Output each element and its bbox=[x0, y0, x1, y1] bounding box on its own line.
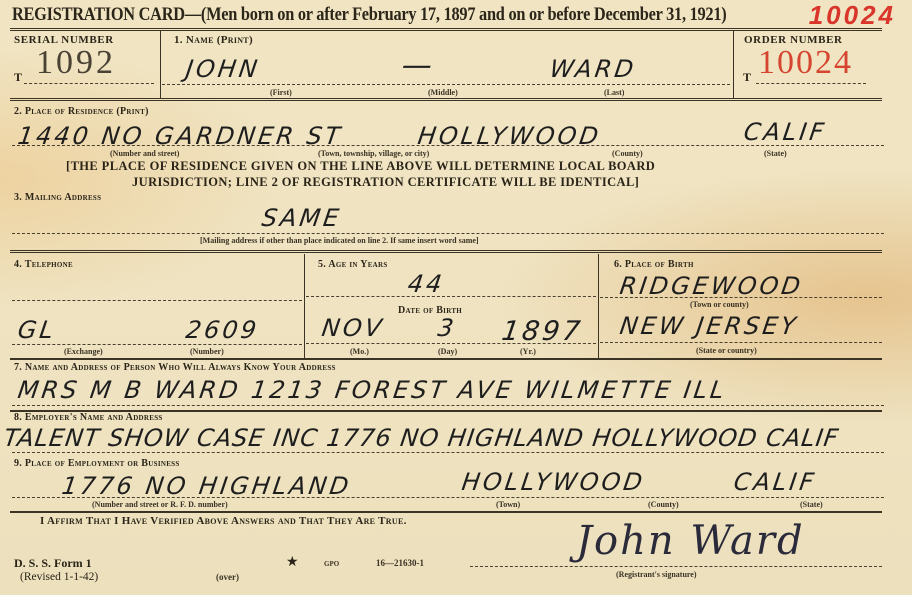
telephone-line-1 bbox=[12, 300, 302, 301]
mailing-address: SAME bbox=[260, 204, 343, 232]
state-caption: (State) bbox=[764, 149, 787, 158]
employment-state-caption: (State) bbox=[800, 500, 823, 509]
form-revised: (Revised 1-1-42) bbox=[20, 571, 98, 583]
affirmation-text: I Affirm That I Have Verified Above Answ… bbox=[40, 515, 407, 527]
header-rule bbox=[10, 28, 882, 33]
jurisdiction-notice-2: JURISDICTION; LINE 2 OF REGISTRATION CER… bbox=[132, 174, 639, 190]
residence-line bbox=[12, 145, 884, 146]
exchange-caption: (Exchange) bbox=[64, 347, 103, 356]
registration-card: REGISTRATION CARD—(Men born on or after … bbox=[0, 0, 912, 595]
contact-line bbox=[12, 405, 884, 406]
mailing-label: 3. Mailing Address bbox=[14, 192, 101, 203]
birth-town-caption: (Town or county) bbox=[690, 300, 749, 309]
day-caption: (Day) bbox=[438, 347, 457, 356]
serial-prefix: T bbox=[14, 70, 22, 85]
age-value: 44 bbox=[406, 270, 446, 298]
middle-name: — bbox=[400, 48, 438, 83]
year-caption: (Yr.) bbox=[520, 347, 536, 356]
divider bbox=[598, 254, 599, 358]
employment-county-caption: (County) bbox=[648, 500, 679, 509]
employment-street-caption: (Number and street or R. F. D. number) bbox=[92, 500, 228, 509]
stamp-number: 10024 bbox=[809, 0, 896, 31]
county-caption: (County) bbox=[612, 149, 643, 158]
residence-state: CALIF bbox=[742, 118, 828, 146]
birth-state-line bbox=[600, 342, 882, 343]
street-caption: (Number and street) bbox=[110, 149, 179, 158]
number-caption: (Number) bbox=[190, 347, 224, 356]
telephone-exchange: GL bbox=[16, 316, 58, 344]
telephone-label: 4. Telephone bbox=[14, 259, 73, 270]
first-name: JOHN bbox=[184, 55, 262, 83]
dob-day: 3 bbox=[436, 314, 458, 342]
age-line bbox=[306, 296, 596, 297]
signature-caption: (Registrant's signature) bbox=[616, 570, 697, 579]
signature-line bbox=[470, 566, 882, 567]
mailing-caption: [Mailing address if other than place ind… bbox=[200, 236, 479, 245]
employer-label: 8. Employer's Name and Address bbox=[14, 412, 163, 423]
serial-number: 1092 bbox=[36, 44, 116, 82]
card-title: REGISTRATION CARD—(Men born on or after … bbox=[12, 4, 726, 26]
residence-label: 2. Place of Residence (Print) bbox=[14, 106, 149, 117]
employment-line bbox=[12, 497, 884, 498]
section-rule bbox=[10, 250, 882, 255]
employment-town-caption: (Town) bbox=[496, 500, 520, 509]
dob-month: NOV bbox=[320, 314, 386, 342]
dob-line bbox=[306, 343, 596, 344]
mailing-line bbox=[12, 233, 884, 234]
birth-town-line bbox=[600, 297, 882, 298]
employer-line bbox=[12, 452, 884, 453]
month-caption: (Mo.) bbox=[350, 347, 369, 356]
section-rule bbox=[10, 98, 882, 103]
over-note: (over) bbox=[216, 572, 239, 582]
form-number: D. S. S. Form 1 bbox=[14, 556, 92, 571]
employer-value: TALENT SHOW CASE INC 1776 NO HIGHLAND HO… bbox=[2, 424, 841, 452]
employment-state: CALIF bbox=[732, 468, 818, 496]
contact-value: MRS M B WARD 1213 FOREST AVE WILMETTE IL… bbox=[16, 376, 729, 404]
section-rule bbox=[10, 511, 882, 513]
middle-caption: (Middle) bbox=[428, 88, 458, 97]
name-label: 1. Name (Print) bbox=[174, 34, 253, 46]
birth-state-caption: (State or country) bbox=[696, 346, 757, 355]
divider bbox=[733, 31, 734, 99]
star-icon: ★ bbox=[286, 554, 299, 571]
birth-town: RIDGEWOOD bbox=[618, 272, 805, 300]
divider bbox=[160, 31, 161, 99]
divider bbox=[304, 254, 305, 358]
employment-town: HOLLYWOOD bbox=[460, 468, 647, 496]
order-number: 10024 bbox=[758, 44, 853, 82]
print-code: 16—21630-1 bbox=[376, 558, 424, 568]
contact-label: 7. Name and Address of Person Who Will A… bbox=[14, 362, 336, 373]
telephone-line-2 bbox=[12, 344, 302, 345]
town-caption: (Town, township, village, or city) bbox=[318, 149, 429, 158]
serial-line bbox=[24, 83, 154, 84]
employment-street: 1776 NO HIGHLAND bbox=[60, 472, 353, 500]
last-caption: (Last) bbox=[604, 88, 624, 97]
telephone-number: 2609 bbox=[184, 316, 261, 344]
age-label: 5. Age in Years bbox=[318, 259, 388, 270]
name-line bbox=[162, 84, 730, 85]
section-rule bbox=[10, 358, 882, 360]
employment-label: 9. Place of Employment or Business bbox=[14, 458, 180, 469]
gpo-mark: GPO bbox=[324, 560, 339, 568]
order-prefix: T bbox=[743, 70, 751, 85]
last-name: WARD bbox=[548, 55, 638, 83]
birthplace-label: 6. Place of Birth bbox=[614, 259, 694, 270]
jurisdiction-notice-1: [THE PLACE OF RESIDENCE GIVEN ON THE LIN… bbox=[66, 158, 655, 174]
order-line bbox=[756, 83, 866, 84]
registrant-signature: John Ward bbox=[576, 518, 805, 564]
birth-state: NEW JERSEY bbox=[618, 312, 800, 340]
first-caption: (First) bbox=[270, 88, 292, 97]
